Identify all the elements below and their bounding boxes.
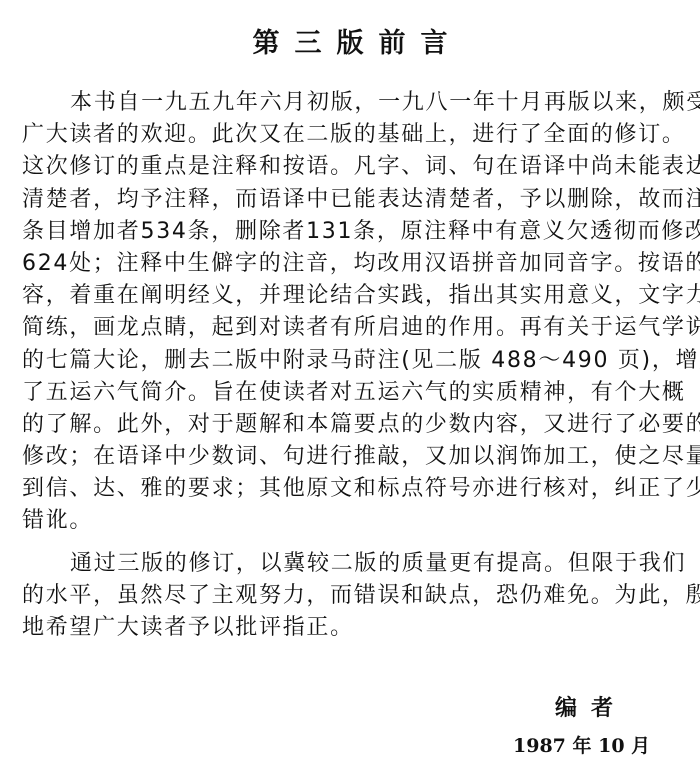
text-line: 的水平，虽然尽了主观努力，而错误和缺点，恐仍难免。为此，殷切	[22, 580, 678, 612]
paragraph-1: 本书自一九五九年六月初版，一九八一年十月再版以来，颇受 广大读者的欢迎。此次又在…	[22, 87, 678, 538]
text-line: 条目增加者534条，删除者131条，原注释中有意义欠透彻而修改者	[22, 216, 678, 248]
text-line: 广大读者的欢迎。此次又在二版的基础上，进行了全面的修订。	[22, 119, 678, 151]
text-line: 简练，画龙点睛，起到对读者有所启迪的作用。再有关于运气学说	[22, 312, 678, 344]
text-line: 清楚者，均予注释，而语译中已能表达清楚者，予以删除，故而注释	[22, 184, 678, 216]
paragraph-2: 通过三版的修订，以冀较二版的质量更有提高。但限于我们 的水平，虽然尽了主观努力，…	[22, 548, 678, 645]
text-line: 地希望广大读者予以批评指正。	[22, 612, 678, 644]
text-line: 本书自一九五九年六月初版，一九八一年十月再版以来，颇受	[22, 87, 678, 119]
page-title: 第三版前言	[0, 26, 700, 62]
date: 1987 年 10 月	[513, 733, 650, 759]
text-line: 这次修订的重点是注释和按语。凡字、词、句在语译中尚未能表达	[22, 151, 678, 183]
text-line: 容，着重在阐明经义，并理论结合实践，指出其实用意义，文字力求	[22, 280, 678, 312]
signature: 编者	[555, 694, 627, 724]
text-line: 到信、达、雅的要求；其他原文和标点符号亦进行核对，纠正了少数	[22, 473, 678, 505]
paragraph-gap	[22, 538, 678, 548]
preface-body: 本书自一九五九年六月初版，一九八一年十月再版以来，颇受 广大读者的欢迎。此次又在…	[22, 87, 678, 644]
text-line: 了五运六气简介。旨在使读者对五运六气的实质精神，有个大概	[22, 377, 678, 409]
text-line: 错讹。	[22, 505, 678, 537]
text-line: 624处；注释中生僻字的注音，均改用汉语拼音加同音字。按语的内	[22, 248, 678, 280]
text-line: 的了解。此外，对于题解和本篇要点的少数内容，又进行了必要的	[22, 409, 678, 441]
text-line: 通过三版的修订，以冀较二版的质量更有提高。但限于我们	[22, 548, 678, 580]
text-line: 修改；在语译中少数词、句进行推敲，又加以润饰加工，使之尽量达	[22, 441, 678, 473]
text-line: 的七篇大论，删去二版中附录马莳注(见二版 488～490 页)，增加	[22, 345, 678, 377]
